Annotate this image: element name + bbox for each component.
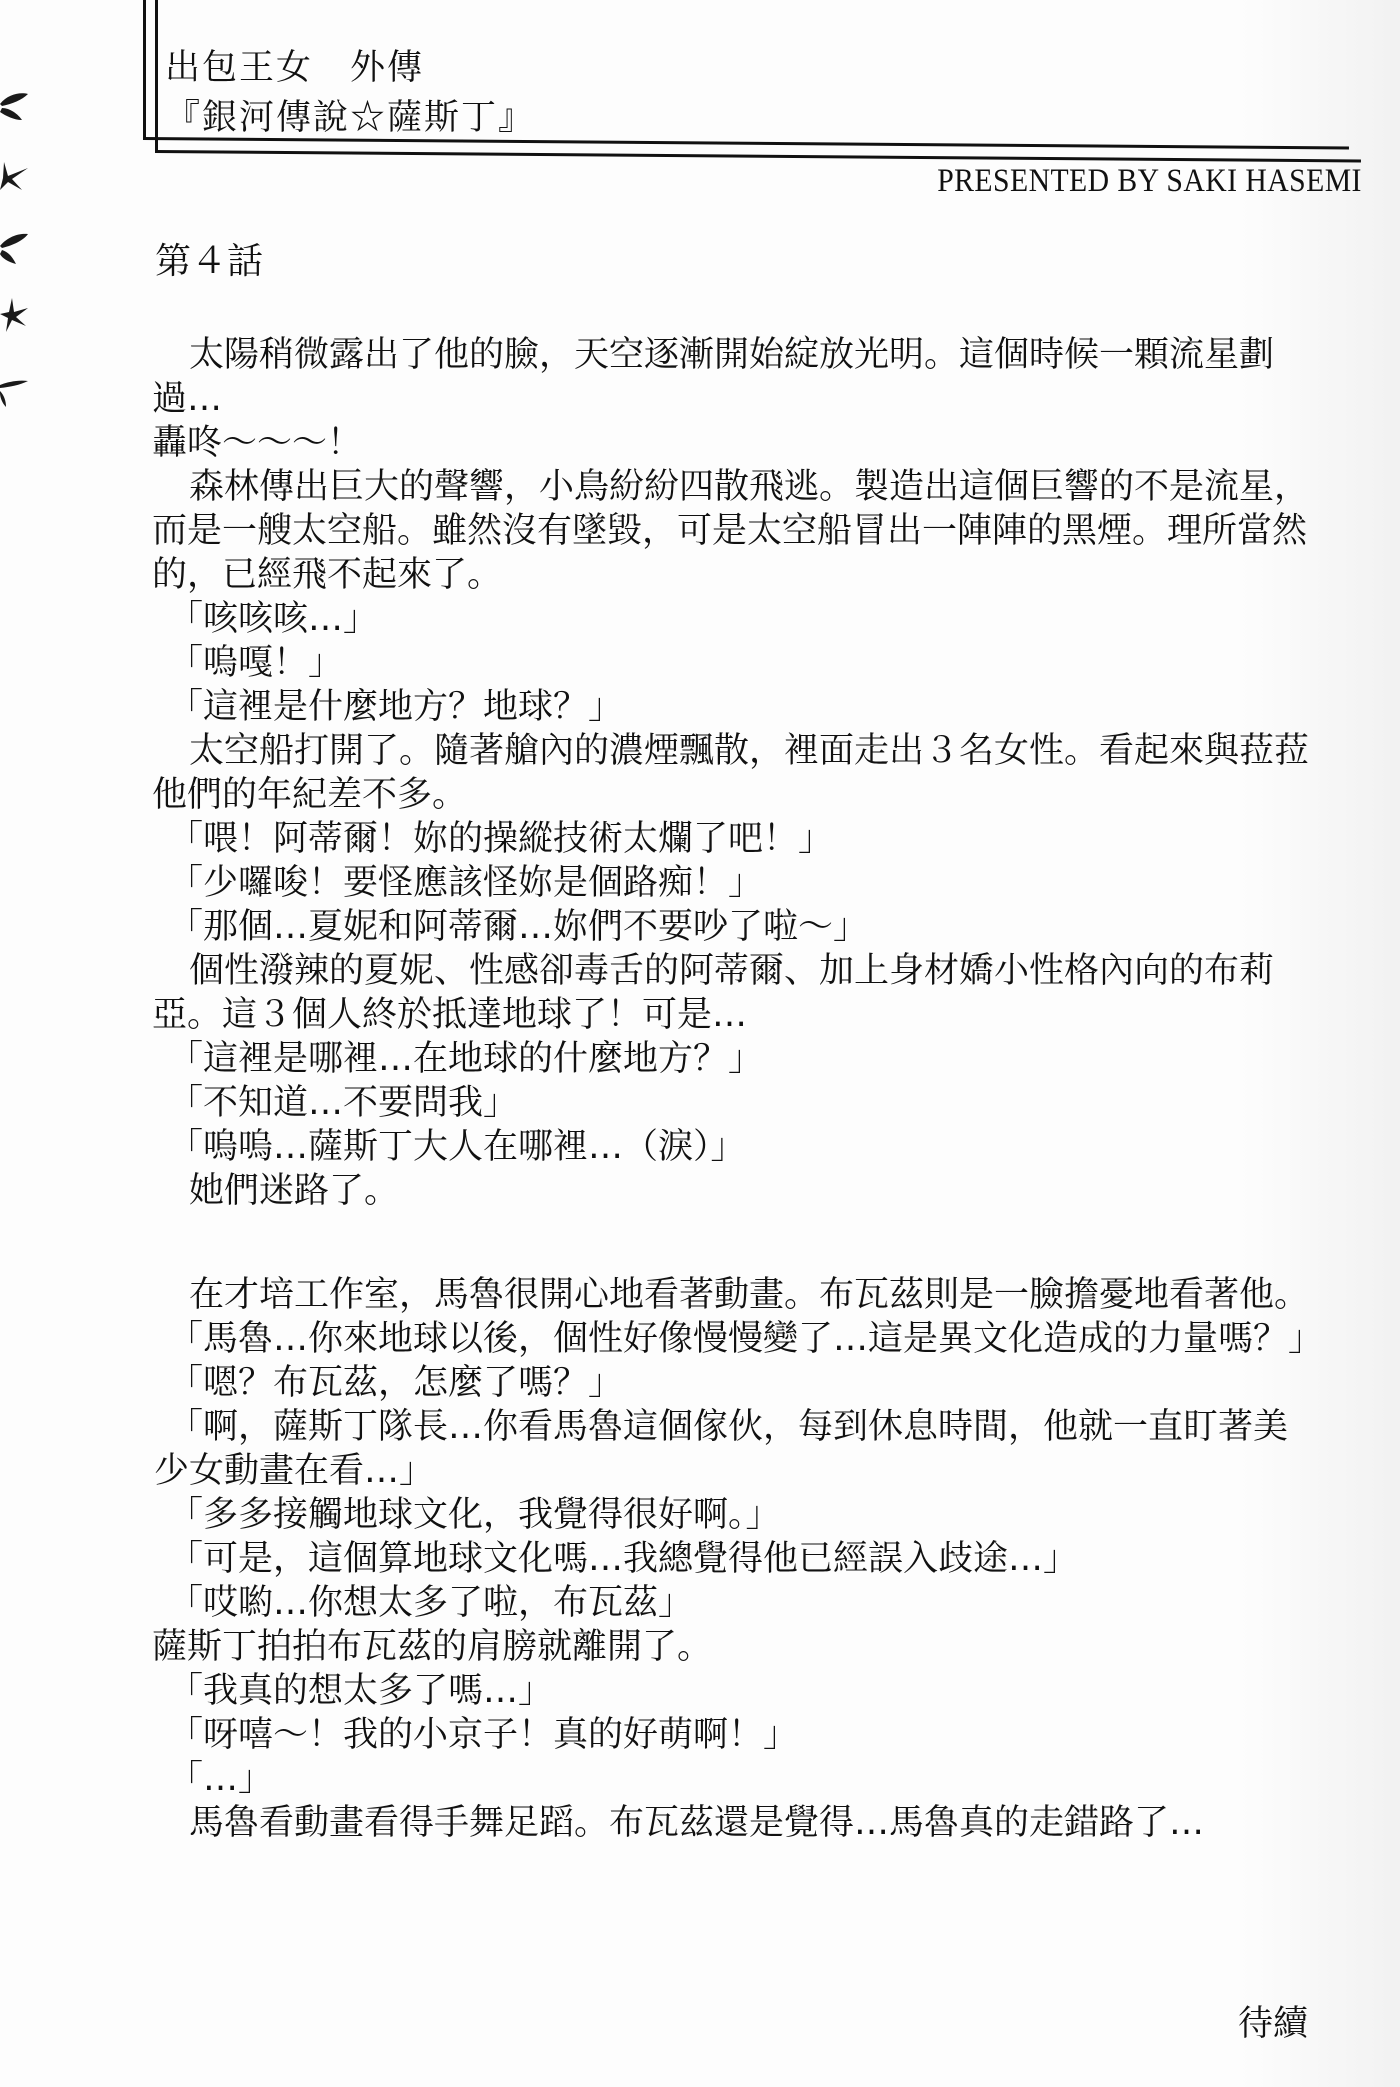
dialogue-line: 「這裡是哪裡…在地球的什麼地方？」 bbox=[152, 1037, 1322, 1081]
chapter-heading: 第４話 bbox=[155, 233, 263, 284]
dialogue-line: 「多多接觸地球文化，我覺得很好啊。」 bbox=[152, 1493, 1322, 1537]
leaf-icon bbox=[0, 375, 30, 409]
leaf-icon bbox=[0, 230, 30, 264]
dialogue-line: 「嗚嗚…薩斯丁大人在哪裡…（淚）」 bbox=[152, 1125, 1322, 1169]
dialogue-line: 「啊，薩斯丁隊長…你看馬魯這個傢伙，每到休息時間，他就一直盯著美少女動畫在看…」 bbox=[152, 1405, 1322, 1493]
dialogue-line: 「嗯？布瓦茲，怎麼了嗎？」 bbox=[152, 1361, 1322, 1405]
to-be-continued: 待續 bbox=[1238, 1996, 1308, 2046]
dialogue-line: 「不知道…不要問我」 bbox=[152, 1081, 1322, 1125]
dialogue-line: 「那個…夏妮和阿蒂爾…妳們不要吵了啦～」 bbox=[152, 905, 1322, 949]
dialogue-line: 「咳咳咳…」 bbox=[152, 597, 1322, 641]
header-box-border bbox=[155, 0, 158, 152]
dialogue-line: 「…」 bbox=[152, 1757, 1322, 1801]
dialogue-line: 「馬魯…你來地球以後，個性好像慢慢變了…這是異文化造成的力量嗎？」 bbox=[152, 1317, 1322, 1361]
author-byline: PRESENTED BY SAKI HASEMI bbox=[937, 163, 1362, 200]
header-box-border bbox=[143, 0, 146, 138]
story-section-1: 太陽稍微露出了他的臉，天空逐漸開始綻放光明。這個時候一顆流星劃過… 轟咚～～～！… bbox=[152, 333, 1322, 1213]
narration-paragraph: 在才培工作室，馬魯很開心地看著動畫。布瓦茲則是一臉擔憂地看著他。 bbox=[152, 1273, 1322, 1317]
header-rule bbox=[155, 150, 1361, 162]
leaf-icon bbox=[0, 90, 30, 124]
dialogue-line: 「喂！阿蒂爾！妳的操縱技術太爛了吧！」 bbox=[152, 817, 1322, 861]
narration-paragraph: 個性潑辣的夏妮、性感卻毒舌的阿蒂爾、加上身材嬌小性格內向的布莉亞。這３個人終於抵… bbox=[152, 949, 1322, 1037]
narration-paragraph: 她們迷路了。 bbox=[152, 1169, 1322, 1213]
story-section-2: 在才培工作室，馬魯很開心地看著動畫。布瓦茲則是一臉擔憂地看著他。 「馬魯…你來地… bbox=[152, 1273, 1322, 1845]
narration-paragraph: 森林傳出巨大的聲響，小鳥紛紛四散飛逃。製造出這個巨響的不是流星，而是一艘太空船。… bbox=[152, 465, 1322, 597]
story-title: 『銀河傳說☆薩斯丁』 bbox=[165, 90, 535, 140]
dialogue-line: 「少囉唆！要怪應該怪妳是個路痴！」 bbox=[152, 861, 1322, 905]
dialogue-line: 「嗚嘎！」 bbox=[152, 641, 1322, 685]
narration-paragraph: 薩斯丁拍拍布瓦茲的肩膀就離開了。 bbox=[152, 1625, 1322, 1669]
narration-paragraph: 馬魯看動畫看得手舞足蹈。布瓦茲還是覺得…馬魯真的走錯路了… bbox=[152, 1801, 1322, 1845]
narration-paragraph: 太陽稍微露出了他的臉，天空逐漸開始綻放光明。這個時候一顆流星劃過… bbox=[152, 333, 1322, 421]
dialogue-line: 「我真的想太多了嗎…」 bbox=[152, 1669, 1322, 1713]
dialogue-line: 「這裡是什麼地方？地球？」 bbox=[152, 685, 1322, 729]
leaf-icon bbox=[0, 160, 30, 194]
dialogue-line: 「呀嘻～！我的小京子！真的好萌啊！」 bbox=[152, 1713, 1322, 1757]
sound-effect: 轟咚～～～！ bbox=[152, 421, 1322, 465]
dialogue-line: 「可是，這個算地球文化嗎…我總覺得他已經誤入歧途…」 bbox=[152, 1537, 1322, 1581]
series-title: 出包王女 外傳 bbox=[165, 40, 424, 90]
dialogue-line: 「哎喲…你想太多了啦，布瓦茲」 bbox=[152, 1581, 1322, 1625]
leaf-icon bbox=[0, 298, 30, 332]
narration-paragraph: 太空船打開了。隨著艙內的濃煙飄散，裡面走出３名女性。看起來與菈菈他們的年紀差不多… bbox=[152, 729, 1322, 817]
